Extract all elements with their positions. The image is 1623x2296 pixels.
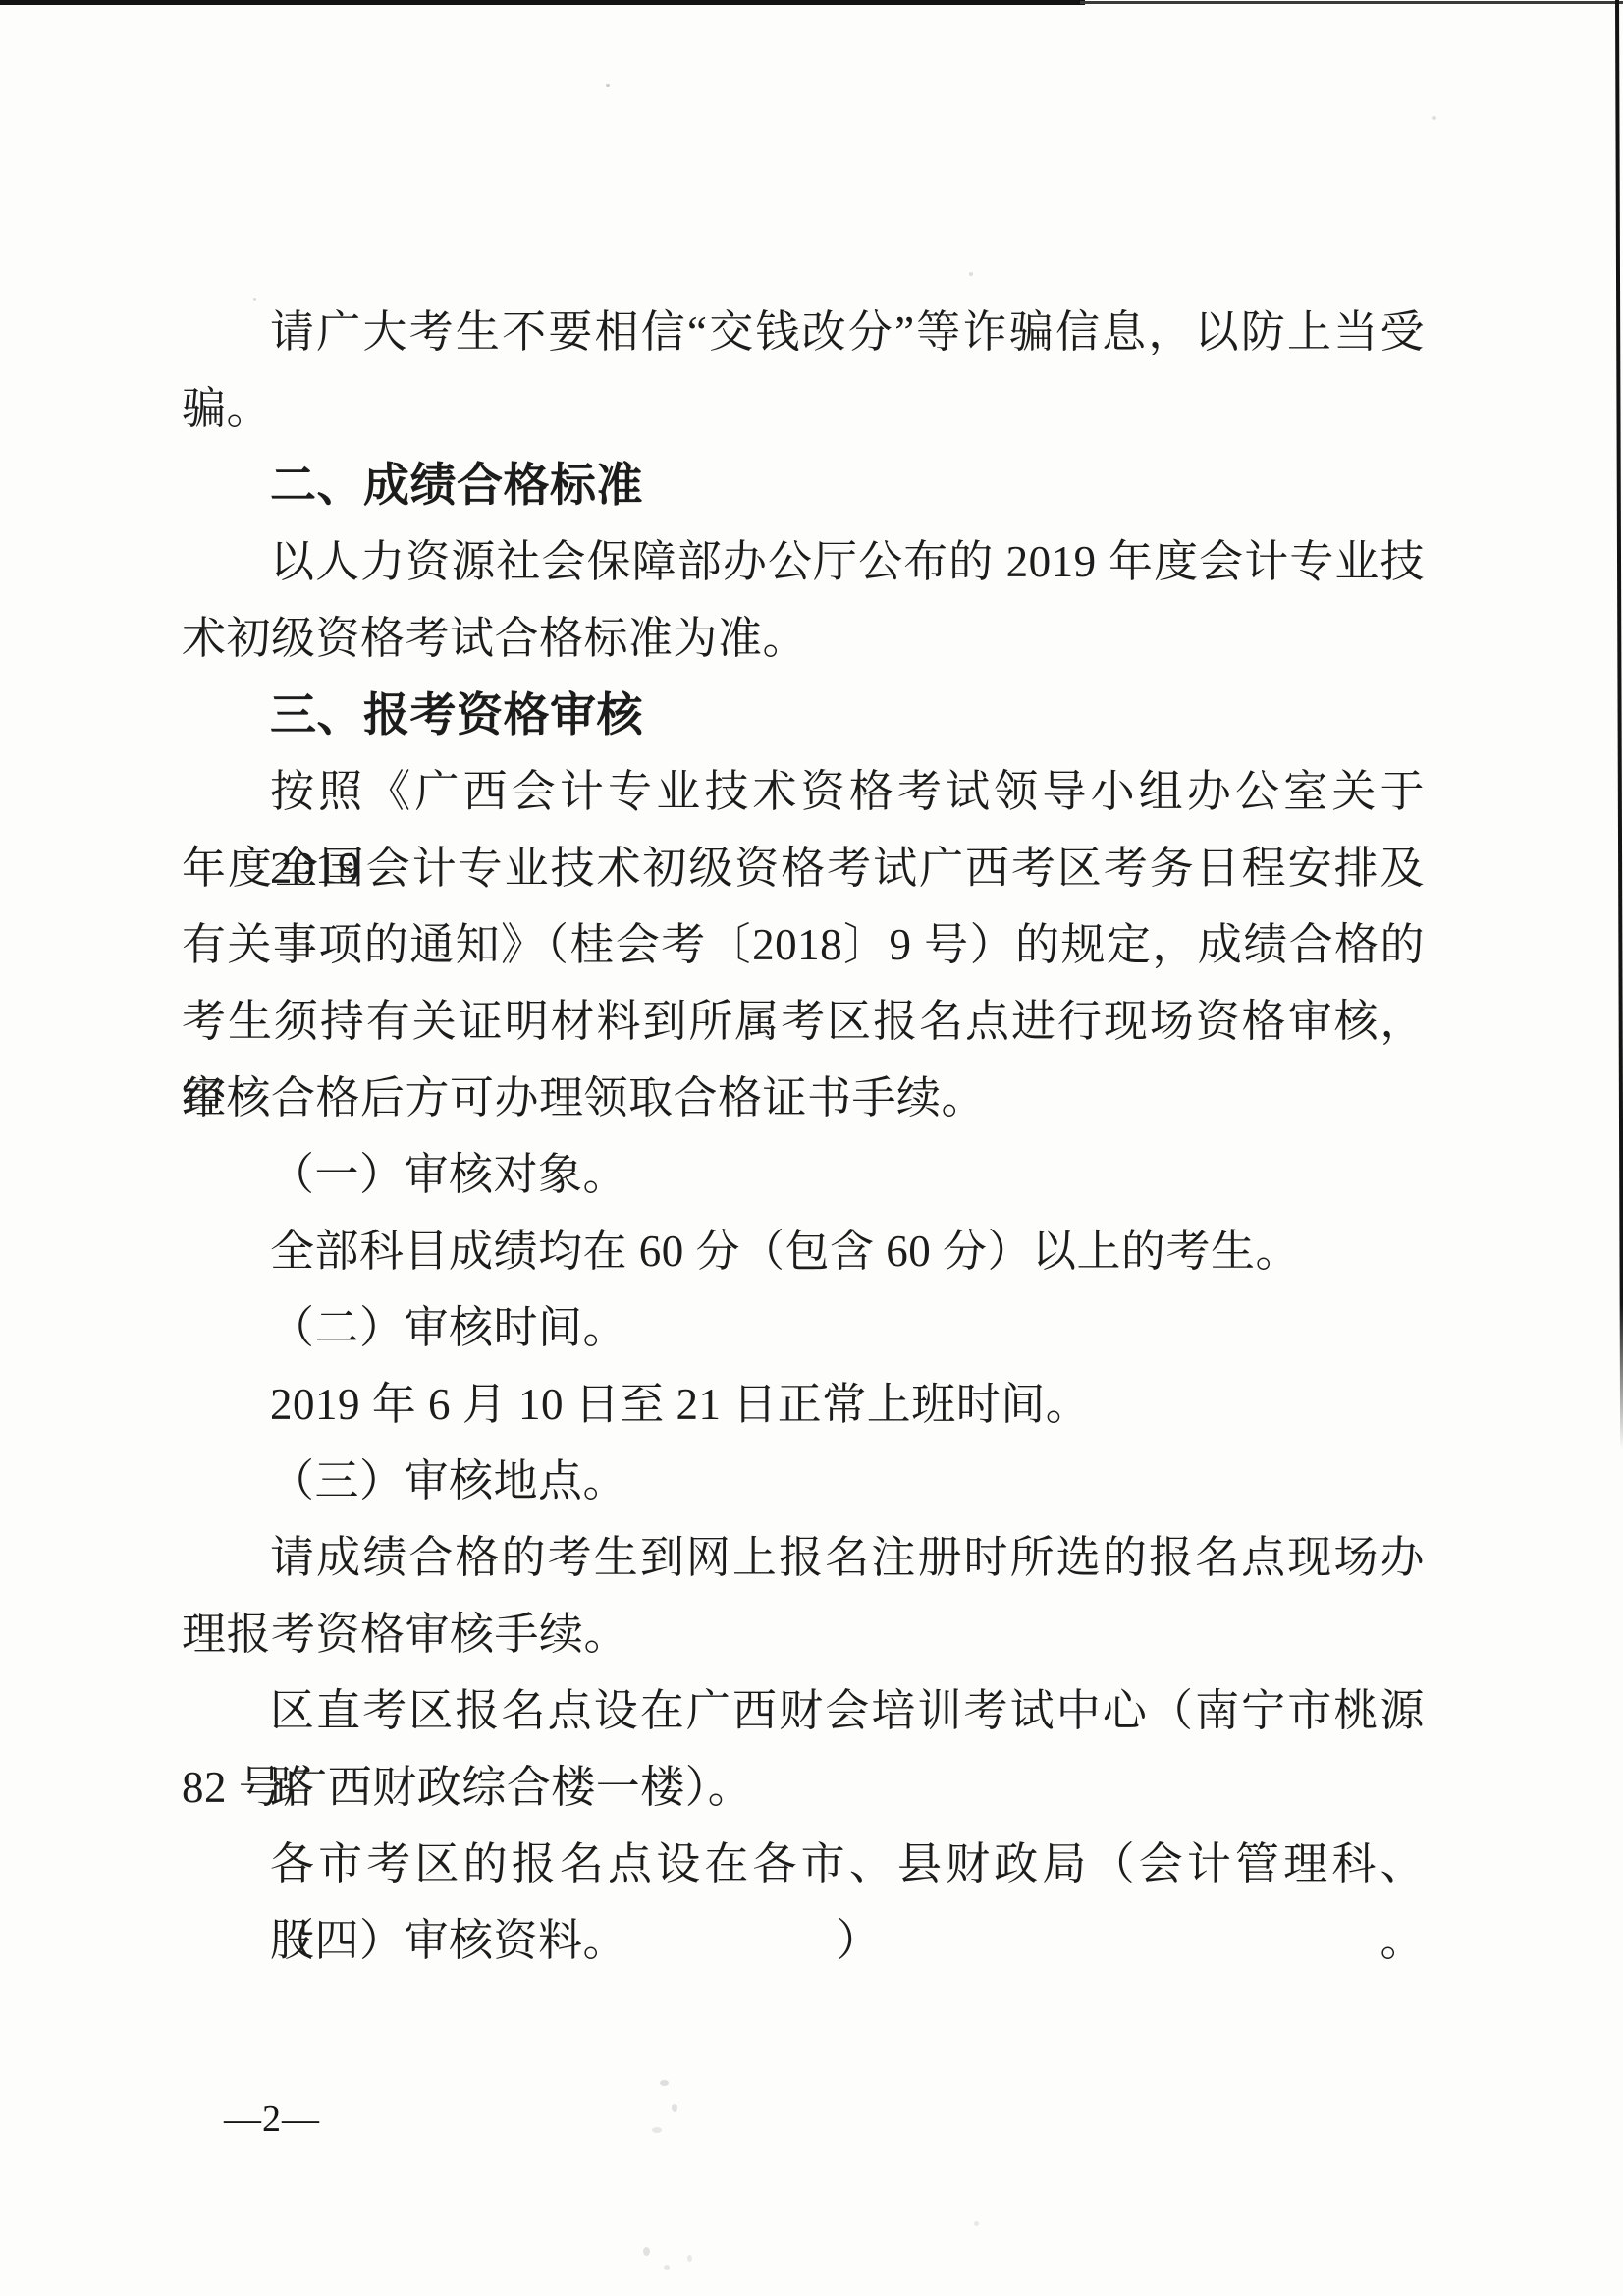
page-number: —2— xyxy=(224,2090,320,2149)
scan-noise xyxy=(606,84,610,87)
subsection-heading: （三）审核地点。 xyxy=(182,1443,1425,1519)
text-line: 请成绩合格的考生到网上报名注册时所选的报名点现场办 xyxy=(182,1519,1425,1596)
text-line: 考生须持有关证明材料到所属考区报名点进行现场资格审核，经 xyxy=(182,983,1425,1060)
scan-noise xyxy=(969,272,973,276)
text-line: 有关事项的通知》（桂会考〔2018〕9 号）的规定，成绩合格的 xyxy=(182,906,1425,983)
text-line: 年度全国会计专业技术初级资格考试广西考区考务日程安排及 xyxy=(182,830,1425,906)
scan-noise xyxy=(253,298,256,301)
subsection-heading: （一）审核对象。 xyxy=(182,1136,1425,1213)
scan-noise xyxy=(652,2127,662,2133)
scan-edge-top-right xyxy=(1080,1,1623,4)
section-heading: 二、成绩合格标准 xyxy=(182,447,1425,523)
text-line: 区直考区报名点设在广西财会培训考试中心（南宁市桃源路 xyxy=(182,1672,1425,1749)
scan-noise xyxy=(1432,116,1436,120)
scanned-document-page: 请广大考生不要相信“交钱改分”等诈骗信息，以防上当受 骗。 二、成绩合格标准 以… xyxy=(0,0,1623,2296)
text-line: 理报考资格审核手续。 xyxy=(182,1596,1425,1672)
text-line: 请广大考生不要相信“交钱改分”等诈骗信息，以防上当受 xyxy=(182,294,1425,370)
text-line: 审核合格后方可办理领取合格证书手续。 xyxy=(182,1060,1425,1136)
scan-noise xyxy=(687,2255,692,2262)
text-line: 按照《广西会计专业技术资格考试领导小组办公室关于 2019 xyxy=(182,753,1425,830)
section-heading: 三、报考资格审核 xyxy=(182,677,1425,753)
scan-edge-right xyxy=(1615,0,1623,1449)
text-line: 2019 年 6 月 10 日至 21 日正常上班时间。 xyxy=(182,1366,1425,1443)
text-line: 各市考区的报名点设在各市、县财政局（会计管理科、股）。 xyxy=(182,1826,1425,1902)
scan-noise xyxy=(643,2247,650,2256)
subsection-heading: （二）审核时间。 xyxy=(182,1289,1425,1366)
text-line: 全部科目成绩均在 60 分（包含 60 分）以上的考生。 xyxy=(182,1213,1425,1289)
text-line: 以人力资源社会保障部办公厅公布的 2019 年度会计专业技 xyxy=(182,523,1425,600)
scan-edge-top-left xyxy=(0,0,1085,5)
document-body: 请广大考生不要相信“交钱改分”等诈骗信息，以防上当受 骗。 二、成绩合格标准 以… xyxy=(182,294,1425,1979)
text-line: 术初级资格考试合格标准为准。 xyxy=(182,600,1425,677)
text-line: 骗。 xyxy=(182,370,1425,447)
scan-noise xyxy=(974,2221,979,2226)
scan-noise xyxy=(660,2080,669,2086)
text-line: 82 号广西财政综合楼一楼）。 xyxy=(182,1749,1425,1826)
scan-noise xyxy=(672,2104,677,2112)
scan-noise xyxy=(664,2265,670,2270)
